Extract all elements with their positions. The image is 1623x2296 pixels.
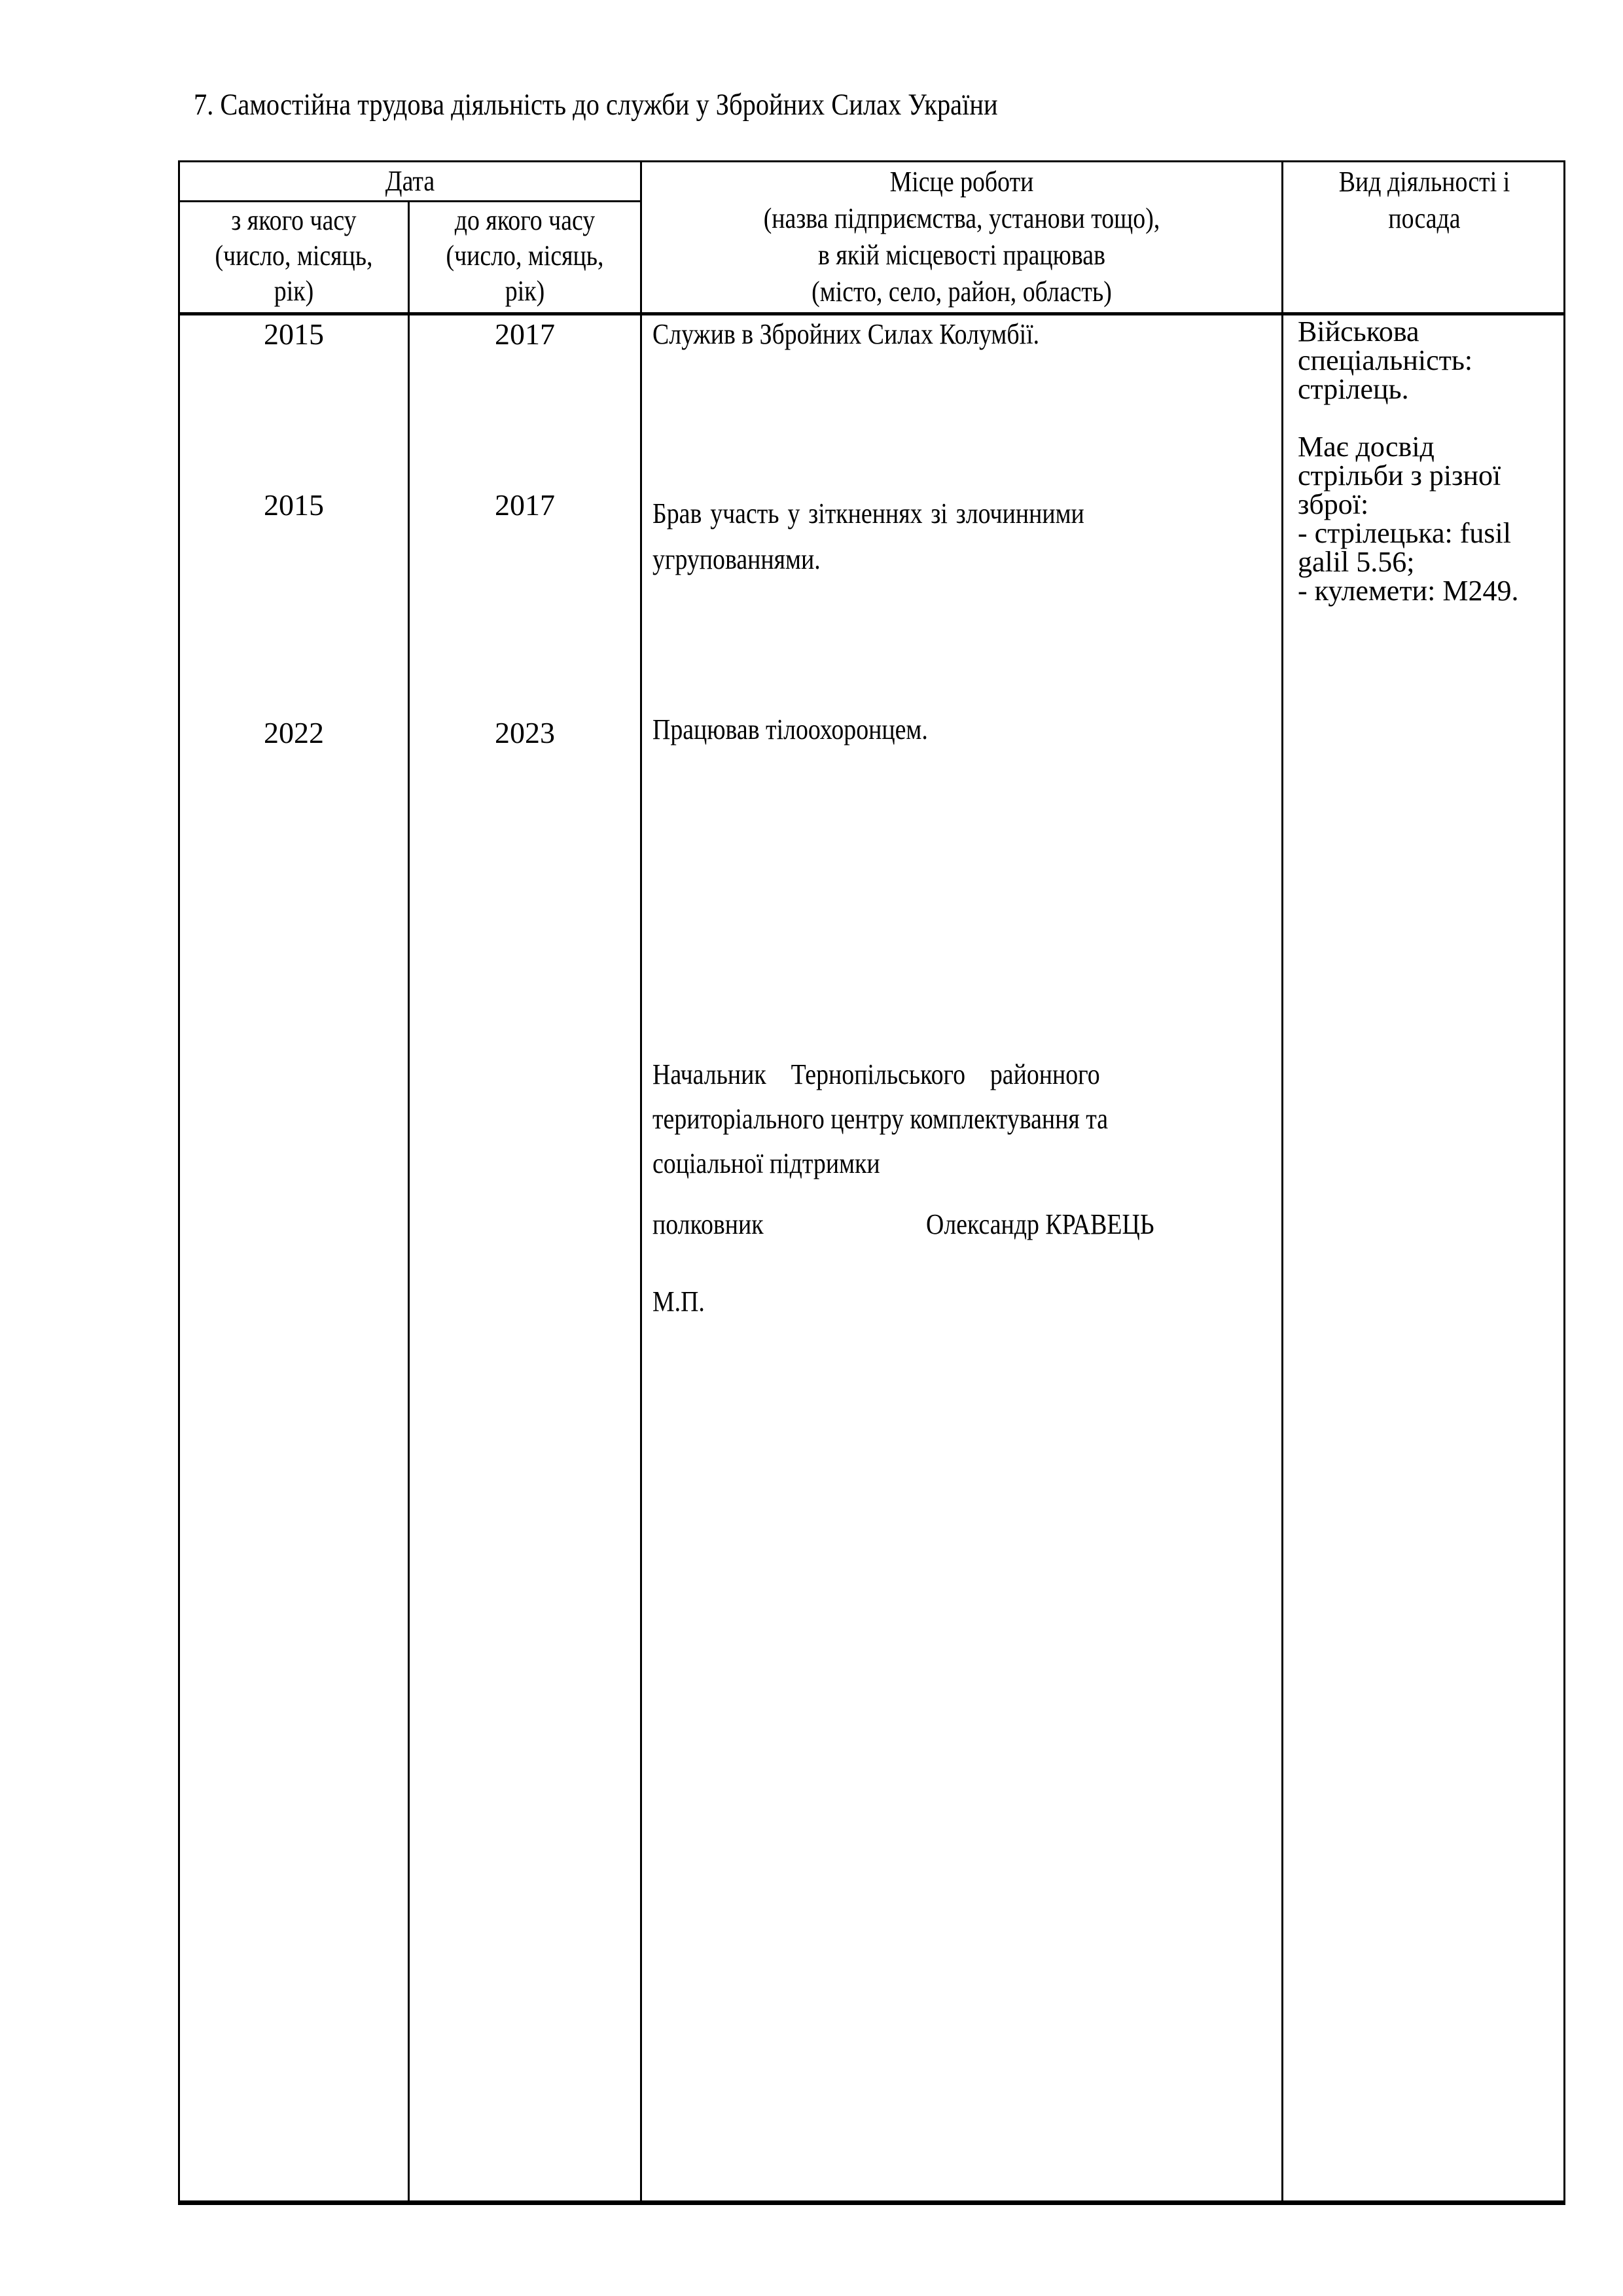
row-2-place-line: Брав участь у зіткненнях зі злочинними <box>652 491 1084 537</box>
header-to-line: до якого часу <box>426 203 624 238</box>
header-place-line: в якій місцевості працював <box>687 237 1236 274</box>
signature-position-line: соціальної підтримки <box>652 1141 1269 1186</box>
header-activity-line: посада <box>1303 200 1546 237</box>
activity-line: - кулемети: M249. <box>1298 577 1518 605</box>
row-2-place-line: угрупованнями. <box>652 537 1084 583</box>
header-activity-line: Вид діяльності і <box>1303 164 1546 200</box>
row-1-from: 2015 <box>180 317 408 352</box>
activity-line: Має досвід <box>1298 433 1518 461</box>
activity-spacer <box>1298 404 1518 433</box>
seal-mark: М.П. <box>652 1284 705 1319</box>
header-to-line: (число, місяць, <box>426 238 624 274</box>
signature-position-line: Начальник Тернопільського районного <box>652 1052 1269 1097</box>
header-from-line: рік) <box>196 274 391 309</box>
activity-line: спеціальність: <box>1298 346 1518 375</box>
signature-position: Начальник Тернопільського районного тери… <box>652 1052 1269 1186</box>
col-divider-date-place <box>640 162 642 2200</box>
header-from-line: з якого часу <box>196 203 391 238</box>
activity-line: зброї: <box>1298 490 1518 519</box>
work-history-table: Дата з якого часу (число, місяць, рік) д… <box>178 160 1565 2205</box>
signature-name: Олександр КРАВЕЦЬ <box>926 1207 1154 1242</box>
col-divider-place-activity <box>1281 162 1283 2200</box>
header-place: Місце роботи (назва підприємства, устано… <box>642 164 1281 310</box>
header-from-line: (число, місяць, <box>196 238 391 274</box>
col-divider-from-to <box>408 162 410 2200</box>
date-group-divider <box>180 200 642 202</box>
activity-line: - стрілецька: fusil <box>1298 519 1518 548</box>
header-place-line: (назва підприємства, установи тощо), <box>687 200 1236 237</box>
activity-line: galil 5.56; <box>1298 548 1518 577</box>
row-1-to: 2017 <box>410 317 640 352</box>
header-to: до якого часу (число, місяць, рік) <box>410 203 640 309</box>
header-place-line: (місто, село, район, область) <box>687 274 1236 310</box>
signature-rank: полковник <box>652 1207 764 1242</box>
activity-line: стрільби з різної <box>1298 461 1518 490</box>
header-place-line: Місце роботи <box>687 164 1236 200</box>
row-2-to: 2017 <box>410 488 640 523</box>
activity-line: Військова <box>1298 317 1518 346</box>
row-3-to: 2023 <box>410 715 640 751</box>
header-to-line: рік) <box>426 274 624 309</box>
header-activity: Вид діяльності і посада <box>1283 164 1565 237</box>
row-2-from: 2015 <box>180 488 408 523</box>
signature-position-line: територіального центру комплектування та <box>652 1097 1269 1141</box>
header-date-group: Дата <box>180 164 640 199</box>
row-2-place: Брав участь у зіткненнях зі злочинними у… <box>652 491 1084 583</box>
activity-line: стрілець. <box>1298 375 1518 404</box>
header-from: з якого часу (число, місяць, рік) <box>180 203 408 309</box>
header-date-label: Дата <box>212 164 608 199</box>
section-title: 7. Самостійна трудова діяльність до служ… <box>194 85 998 124</box>
activity-description: Військова спеціальність: стрілець. Має д… <box>1298 317 1518 605</box>
row-3-from: 2022 <box>180 715 408 751</box>
row-1-place: Служив в Збройних Силах Колумбії. <box>652 317 1039 352</box>
row-3-place: Працював тілоохоронцем. <box>652 712 928 747</box>
